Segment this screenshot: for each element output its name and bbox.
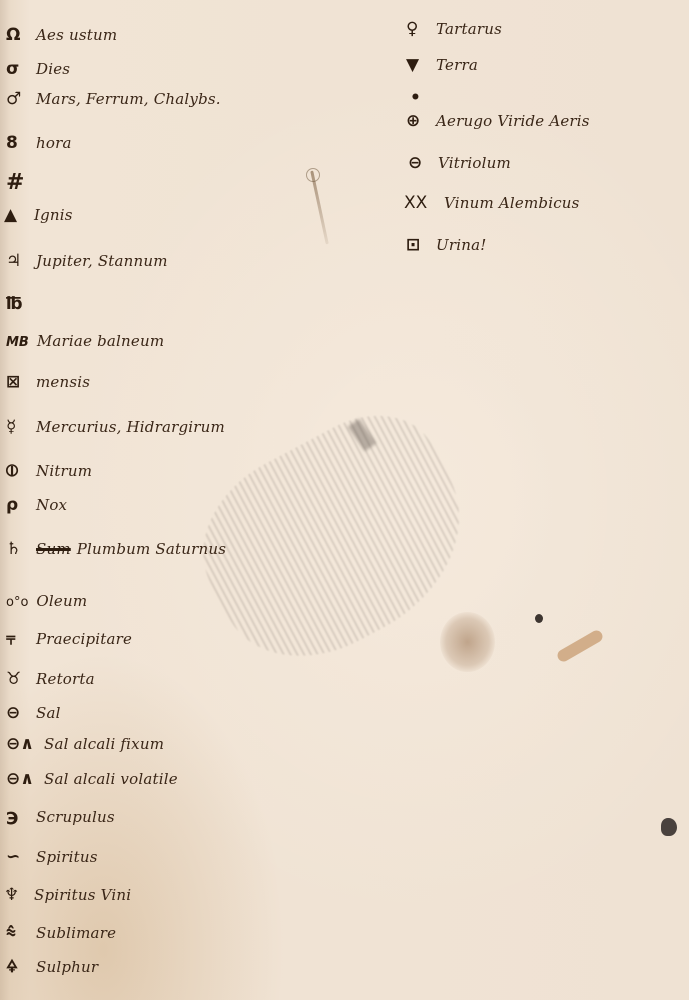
boxed-x-icon: ⊠ [6, 374, 28, 391]
volatile-alkali-icon: ⊖∧ [6, 771, 36, 788]
entry-label: Plumbum Saturnus [77, 540, 226, 558]
scruple-icon: ℈ [6, 809, 28, 826]
brown-stain [440, 612, 495, 672]
entry-label: Mariae balneum [37, 332, 164, 350]
mercury-icon: ☿ [6, 419, 28, 436]
entry-label: Vitriolum [438, 154, 511, 172]
list-item: ♃ Jupiter, Stannum [6, 252, 168, 270]
jupiter-icon: ♃ [6, 253, 28, 270]
sulphur-icon: 🜍 [6, 959, 28, 976]
eight-glyph-icon: 8 [6, 135, 28, 152]
bar-hook-icon: ⫧ [6, 631, 28, 648]
list-item: ☿ Mercurius, Hidrargirum [6, 418, 225, 436]
list-item: ℔ [6, 296, 36, 313]
list-item: MB Mariae balneum [6, 332, 164, 350]
entry-label: Aes ustum [36, 26, 117, 44]
list-item: Ω Aes ustum [6, 26, 117, 44]
manuscript-page: Ω Aes ustum σ Dies ♂ Mars, Ferrum, Chaly… [0, 0, 689, 1000]
entry-label: Oleum [36, 592, 87, 610]
list-item: ρ Nox [6, 496, 67, 514]
omega-ligature-icon: Ω [6, 27, 28, 44]
boxed-cross-icon: ♀ [406, 21, 428, 38]
rho-glyph-icon: ρ [6, 497, 28, 514]
hatched-grid-icon: # [6, 172, 28, 194]
ink-blot-small [535, 614, 543, 623]
list-item: ▲ Ignis [4, 206, 73, 224]
list-item: ⊖∧ Sal alcali fixum [6, 735, 164, 753]
dotted-square-icon: ⊡ [406, 237, 428, 254]
filled-loop-icon: ♉ [6, 671, 28, 688]
entry-label: Terra [436, 56, 478, 74]
entry-label: Jupiter, Stannum [36, 252, 168, 270]
verdigris-icon: ⊕ [406, 113, 428, 130]
saturn-icon: ♄ [6, 541, 28, 558]
entry-label: Ignis [34, 206, 73, 224]
list-item: ⩯ Sublimare [6, 924, 116, 942]
double-x-icon: XX [404, 195, 436, 212]
entry-label: hora [36, 134, 72, 152]
spirit-of-wine-icon: ♆ [4, 887, 26, 904]
ink-blot-large [661, 818, 677, 836]
list-item: ∽ Spiritus [6, 848, 98, 866]
entry-label: Sal alcali volatile [44, 770, 178, 788]
list-item: ♂ Mars, Ferrum, Chalybs. [6, 90, 221, 108]
list-item: ♆ Spiritus Vini [4, 886, 131, 904]
list-item: ⊡ Urina! [406, 236, 486, 254]
entry-label: Sal alcali fixum [44, 735, 164, 753]
list-item: XX Vinum Alembicus [404, 194, 580, 212]
list-item: ♄ Sum Plumbum Saturnus [6, 540, 226, 558]
entry-label: Nitrum [36, 462, 92, 480]
list-item: ⊖ Vitriolum [408, 154, 511, 172]
list-item: # [6, 172, 36, 194]
list-item: ⫧ Praecipitare [6, 630, 132, 648]
spirit-icon: ∽ [6, 849, 28, 866]
list-item: ⊕ Aerugo Viride Aeris [406, 112, 590, 130]
entry-label: Sulphur [36, 958, 98, 976]
libra-pound-icon: ℔ [6, 296, 28, 313]
vitriol-icon: ⊖ [408, 155, 430, 172]
tan-streak [555, 628, 604, 663]
entry-label: Dies [36, 60, 70, 78]
entry-label: Retorta [36, 670, 95, 688]
list-item: σ Dies [6, 60, 70, 78]
water-triangle-icon: ▼ [406, 57, 428, 74]
entry-label: Sublimare [36, 924, 116, 942]
entry-label: Scrupulus [36, 808, 115, 826]
entry-label: Mercurius, Hidrargirum [36, 418, 225, 436]
list-item: ⦶ Nitrum [6, 462, 92, 480]
entry-label: Nox [36, 496, 67, 514]
list-item: ♀ Tartarus [406, 20, 502, 38]
entry-label: Urina! [436, 236, 486, 254]
list-item: ▼ Terra [406, 56, 478, 74]
list-item: ℈ Scrupulus [6, 808, 115, 826]
entry-label: Sal [36, 704, 61, 722]
fixed-alkali-icon: ⊖∧ [6, 736, 36, 753]
list-item: 8 hora [6, 134, 72, 152]
list-item: • [410, 90, 440, 107]
entry-label: mensis [36, 373, 90, 391]
entry-label: Aerugo Viride Aeris [436, 112, 590, 130]
ink-dot-icon: • [410, 90, 432, 107]
entry-label: Mars, Ferrum, Chalybs. [36, 90, 221, 108]
salt-icon: ⊖ [6, 705, 28, 722]
list-item: o°o Oleum [6, 592, 87, 610]
entry-label: Spiritus Vini [34, 886, 131, 904]
circle-bar-icon: ⦶ [6, 463, 28, 480]
list-item: ♉ Retorta [6, 670, 95, 688]
entry-label: Spiritus [36, 848, 98, 866]
mars-icon: ♂ [6, 91, 28, 108]
mb-ligature-icon: MB [6, 336, 29, 349]
fire-triangle-icon: ▲ [4, 207, 26, 224]
list-item: ⊖∧ Sal alcali volatile [6, 770, 178, 788]
list-item: ⊖ Sal [6, 704, 61, 722]
entry-label: Tartarus [436, 20, 502, 38]
sublimate-icon: ⩯ [6, 925, 28, 942]
sigma-glyph-icon: σ [6, 61, 28, 78]
oil-icon: o°o [6, 596, 28, 609]
entry-label: Vinum Alembicus [444, 194, 580, 212]
list-item: 🜍 Sulphur [6, 958, 98, 976]
struck-word: Sum [36, 540, 71, 558]
list-item: ⊠ mensis [6, 373, 90, 391]
hair-loop-mark [306, 168, 320, 182]
entry-label: Praecipitare [36, 630, 132, 648]
